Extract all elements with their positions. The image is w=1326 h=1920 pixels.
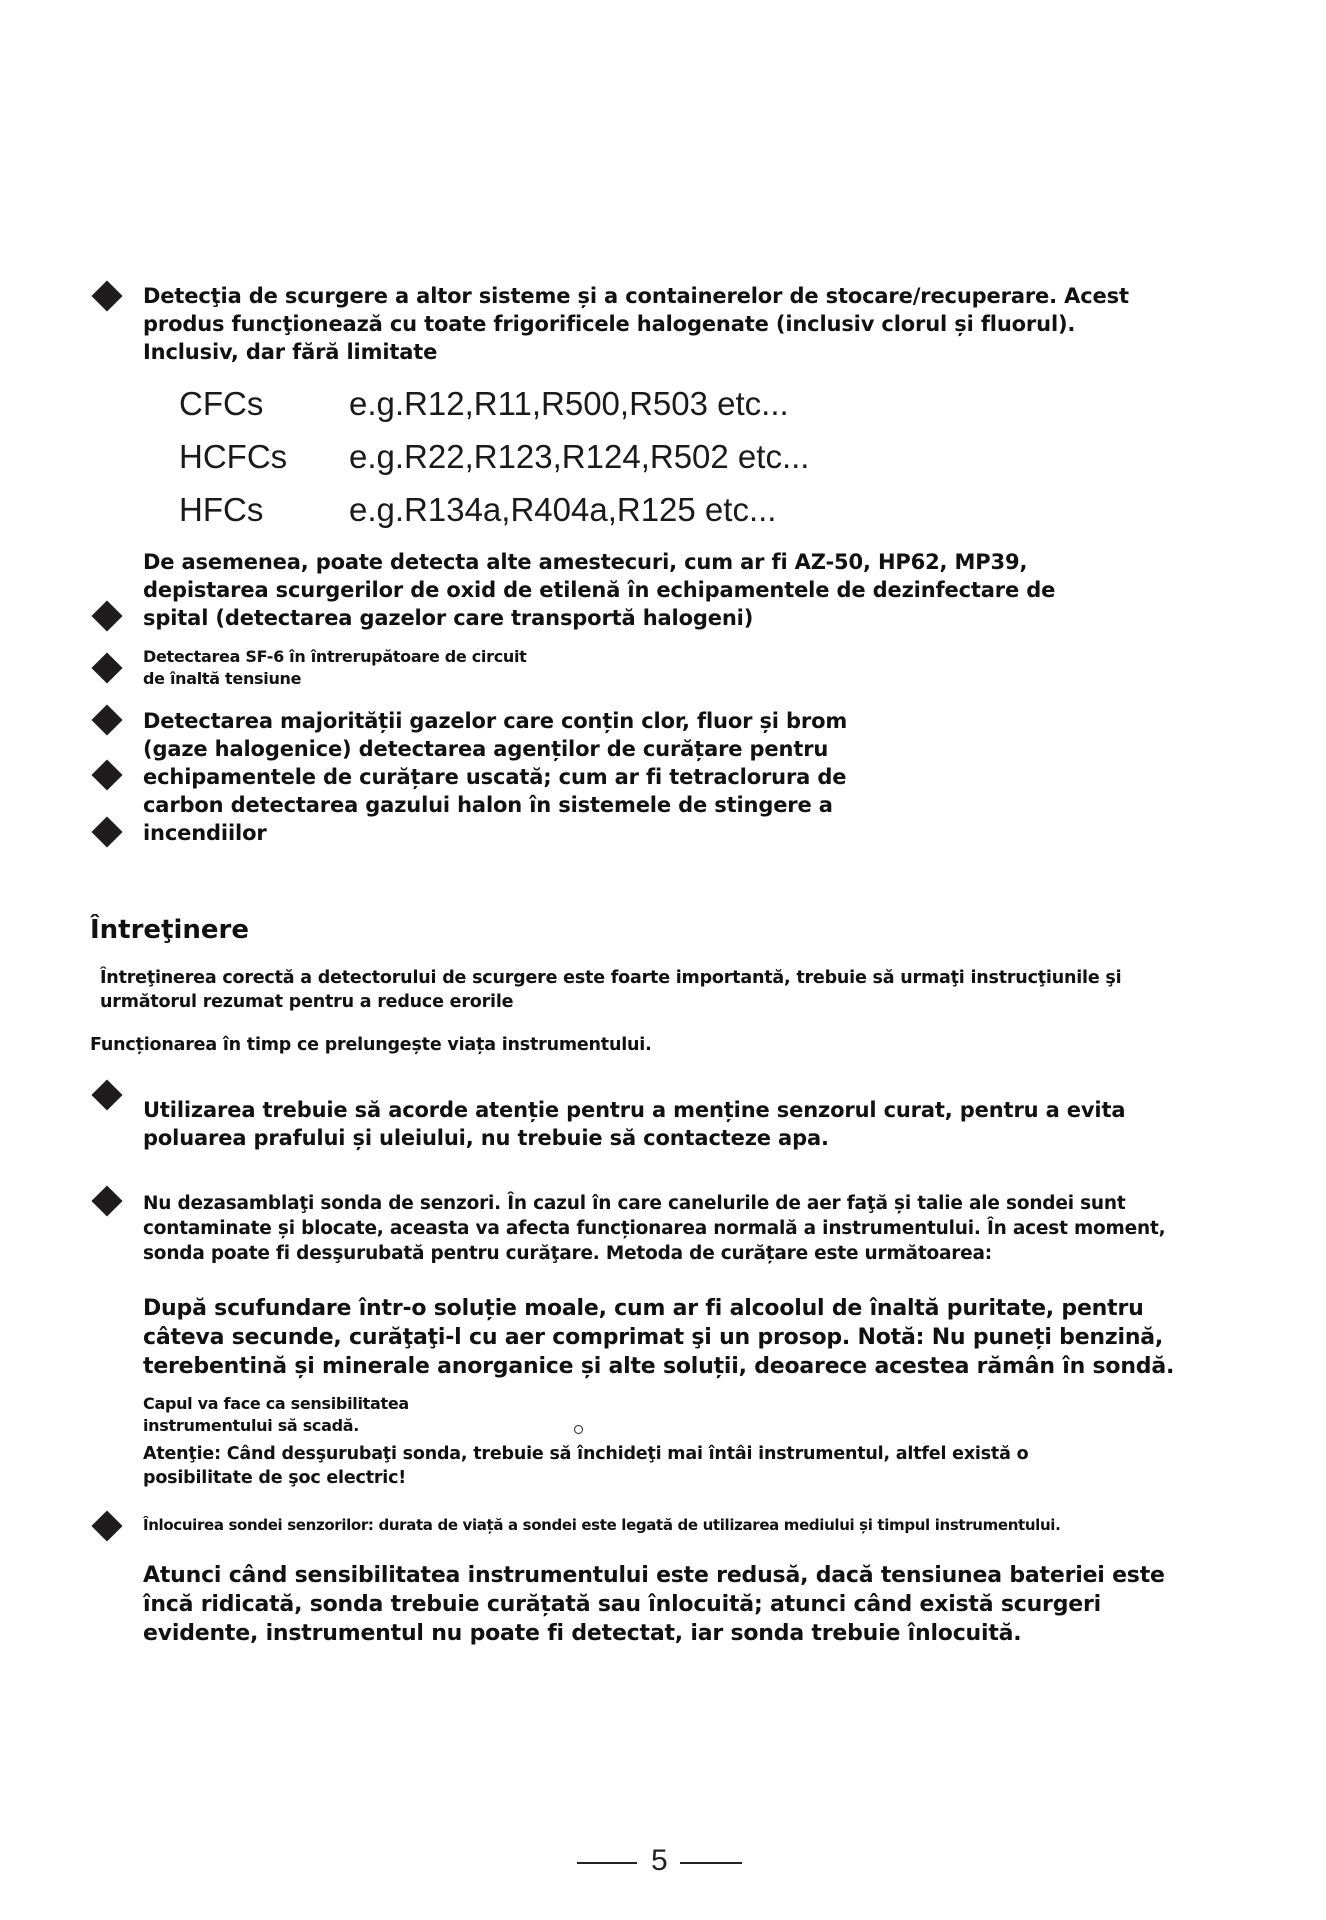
bullet-diamond-icon (91, 652, 122, 683)
maintenance-intro-continued: Funcționarea în timp ce prelungește viaț… (90, 1033, 652, 1057)
replacement-details: Atunci când sensibilitatea instrumentulu… (143, 1561, 1165, 1648)
page-number-rule-right (680, 1862, 742, 1864)
refrigerant-list: CFCs e.g.R12,R11,R500,R503 etc... HCFCs … (179, 377, 879, 537)
head-sensitivity-note: Capul va face ca sensibilitatea instrume… (143, 1393, 409, 1437)
bullet-do-not-disassemble: Nu dezasamblaţi sonda de senzori. În caz… (143, 1191, 1165, 1266)
bullet-sensor-replacement: Înlocuirea sondei senzorilor: durata de … (143, 1514, 1060, 1536)
bullet-diamond-icon (91, 1079, 122, 1110)
bullet-keep-sensor-clean: Utilizarea trebuie să acorde atenție pen… (143, 1096, 1125, 1152)
bullet-other-mixtures: De asemenea, poate detecta alte amestecu… (143, 548, 1055, 632)
bullet-diamond-icon (91, 704, 122, 735)
bullet-diamond-icon (91, 1185, 122, 1216)
refrigerant-row: CFCs e.g.R12,R11,R500,R503 etc... (179, 377, 879, 430)
page-number-rule-left (577, 1862, 637, 1864)
bullet-diamond-icon (91, 816, 122, 847)
bullet-diamond-icon (91, 600, 122, 631)
section-heading-maintenance: Întreţinere (90, 915, 249, 945)
bullet-diamond-icon (91, 759, 122, 790)
refrigerant-row: HCFCs e.g.R22,R123,R124,R502 etc... (179, 430, 879, 483)
page-number: 5 (651, 1844, 668, 1878)
bullet-diamond-icon (91, 1510, 122, 1541)
bullet-halogen-gases: Detectarea majorității gazelor care conț… (143, 707, 847, 847)
refrigerant-row: HFCs e.g.R134a,R404a,R125 etc... (179, 483, 879, 536)
maintenance-intro: Întreţinerea corectă a detectorului de s… (100, 966, 1121, 1014)
cleaning-method: După scufundare într-o soluție moale, cu… (143, 1294, 1174, 1381)
degree-circle-icon (574, 1425, 583, 1434)
bullet-sf6-detection: Detectarea SF-6 în întrerupătoare de cir… (143, 646, 527, 690)
electric-shock-warning: Atenţie: Când desşurubaţi sonda, trebuie… (143, 1442, 1028, 1490)
bullet-leak-detection-systems: Detecţia de scurgere a altor sisteme și … (143, 282, 1129, 366)
bullet-diamond-icon (91, 280, 122, 311)
